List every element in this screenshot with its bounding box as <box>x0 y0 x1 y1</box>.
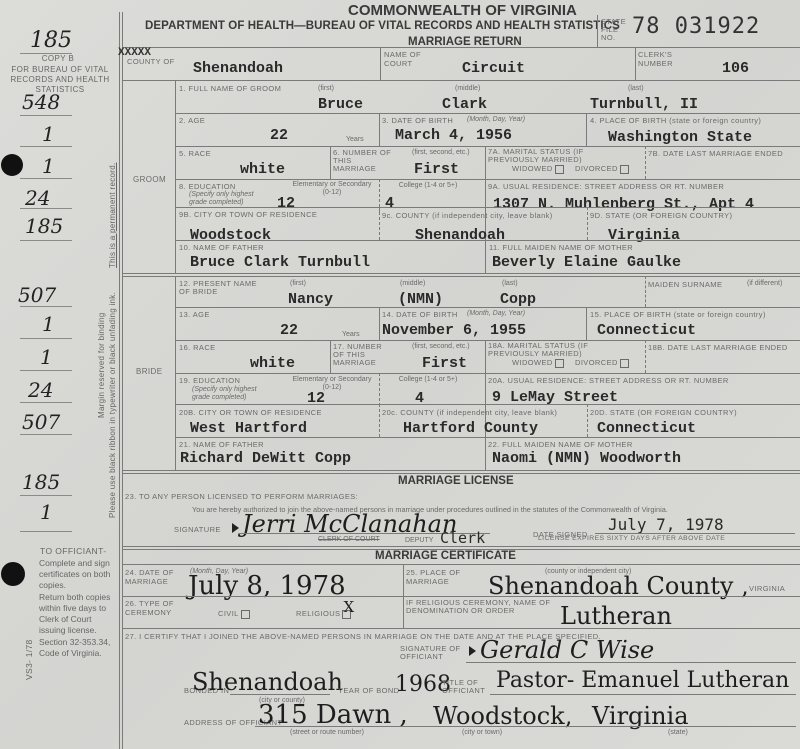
divider <box>597 15 598 47</box>
state-hint: (state) <box>668 729 688 736</box>
margin-code: 1 <box>42 312 55 336</box>
clerk-number-label: CLERK'S NUMBER <box>638 50 698 68</box>
bride-father-label: 21. NAME OF FATHER <box>179 440 264 449</box>
groom-first-name: Bruce <box>318 96 363 113</box>
groom-city: Woodstock <box>190 227 271 244</box>
state-file-label: STATE FILE NO. <box>601 18 629 42</box>
margin-rule <box>20 208 72 209</box>
divider <box>379 307 380 340</box>
divider <box>330 340 331 373</box>
divider <box>175 240 800 241</box>
divider <box>122 564 800 565</box>
bride-age: 22 <box>280 322 298 339</box>
officiant-signature-label: SIGNATURE OF OFFICIANT <box>400 645 470 661</box>
bride-county-label: 20c. COUNTY (if independent city, leave … <box>382 408 557 417</box>
copy-label: COPY B <box>2 54 114 64</box>
college-label: College (1-4 or 5+) <box>398 182 458 190</box>
groom-age-label: 2. AGE <box>179 116 205 125</box>
bride-race-label: 16. RACE <box>179 343 216 352</box>
bride-mother: Naomi (NMN) Woodworth <box>492 450 681 467</box>
field-line <box>230 694 330 695</box>
divorced-label: DIVORCED <box>575 358 618 367</box>
margin-rule <box>20 370 72 371</box>
arrow-icon <box>469 646 476 656</box>
bride-residence-label: 20a. USUAL RESIDENCE: STREET ADDRESS OR … <box>488 376 729 385</box>
divider <box>485 146 486 273</box>
divider <box>122 596 800 597</box>
dob-hint: (Month, Day, Year) <box>467 310 525 317</box>
margin-rule <box>20 434 72 435</box>
groom-mother: Beverly Elaine Gaulke <box>492 254 681 271</box>
marriage-place-label: 25. PLACE OF MARRIAGE <box>406 568 466 586</box>
check-mark-icon: X <box>343 603 354 612</box>
bride-pob: Connecticut <box>597 322 696 339</box>
groom-father-label: 10. NAME OF FATHER <box>179 243 264 252</box>
checkbox[interactable] <box>241 610 250 619</box>
denomination: Lutheran <box>560 602 672 630</box>
divider <box>587 207 588 240</box>
civil-label: CIVIL <box>218 609 239 618</box>
divider <box>645 276 646 307</box>
divider <box>122 546 800 547</box>
officiant-instructions-2: Return both copies within five days to C… <box>39 592 117 636</box>
divider <box>485 340 486 471</box>
checkbox[interactable]: X <box>342 610 351 619</box>
divider <box>122 47 800 48</box>
groom-residence-label: 9a. USUAL RESIDENCE: STREET ADDRESS OR R… <box>488 182 724 191</box>
place-state: VIRGINIA <box>749 584 785 593</box>
groom-race: white <box>240 161 285 178</box>
checkbox[interactable] <box>620 165 629 174</box>
divider <box>379 113 380 146</box>
margin-rule <box>20 402 72 403</box>
bride-widowed-checkbox[interactable]: WIDOWED <box>512 358 564 368</box>
divider <box>175 207 800 208</box>
education-hint: (Specify only highest grade completed) <box>192 386 272 402</box>
elementary-label: Elementary or Secondary (0-12) <box>288 181 376 197</box>
divider <box>122 473 800 474</box>
groom-county: Shenandoah <box>415 227 505 244</box>
denomination-label: IF RELIGIOUS CEREMONY, NAME OF DENOMINAT… <box>406 599 556 615</box>
groom-state-label: 9d. STATE (OR FOREIGN COUNTRY) <box>590 211 732 220</box>
margin-code: 507 <box>22 410 60 434</box>
divider <box>175 113 800 114</box>
clerk-typed: Clerk <box>440 529 485 547</box>
widowed-label: WIDOWED <box>512 358 553 367</box>
divider <box>645 146 646 179</box>
last-label: (last) <box>502 280 518 287</box>
license-expiry-note: LICENSE EXPIRES SIXTY DAYS AFTER ABOVE D… <box>538 535 725 542</box>
state-heading: COMMONWEALTH OF VIRGINIA <box>348 2 577 19</box>
divider <box>122 273 800 274</box>
court-value: Circuit <box>462 60 525 77</box>
deputy-label: DEPUTY <box>405 537 433 544</box>
divider <box>175 179 800 180</box>
education-hint: (Specify only highest grade completed) <box>189 191 269 207</box>
bride-pob-label: 15. PLACE OF BIRTH (state or foreign cou… <box>590 310 766 319</box>
divider <box>175 80 176 273</box>
religious-label: RELIGIOUS <box>296 609 340 618</box>
field-line <box>490 694 796 695</box>
officiant-instructions-1: Complete and sign certificates on both c… <box>39 558 117 591</box>
middle-label: (middle) <box>455 85 480 92</box>
binding-note-1: Margin reserved for binding <box>97 313 106 418</box>
margin-code: 507 <box>18 283 56 307</box>
widowed-label: WIDOWED <box>512 164 553 173</box>
bride-city: West Hartford <box>190 420 307 437</box>
groom-mother-label: 11. FULL MAIDEN NAME OF MOTHER <box>489 243 633 252</box>
bride-state: Connecticut <box>597 420 696 437</box>
years-label: Years <box>346 136 364 143</box>
elementary-label: Elementary or Secondary (0-12) <box>288 376 376 392</box>
groom-marital-label: 7a. MARITAL STATUS (if previously marrie… <box>488 148 633 164</box>
bride-dob-label: 14. DATE OF BIRTH <box>382 310 458 319</box>
signature-line <box>466 662 796 663</box>
religious-checkbox[interactable]: RELIGIOUSX <box>296 609 351 619</box>
groom-dob: March 4, 1956 <box>395 127 512 144</box>
divider <box>175 307 800 308</box>
groom-city-label: 9b. CITY OR TOWN OF RESIDENCE <box>179 210 317 219</box>
margin-code: 185 <box>22 470 60 494</box>
form-code: VS3- 1/78 <box>24 639 34 680</box>
ceremony-type-label: 26. TYPE OF CEREMONY <box>125 599 185 617</box>
divider <box>586 113 587 146</box>
margin-code: 24 <box>28 378 53 402</box>
divider <box>175 437 800 438</box>
checkbox[interactable] <box>620 359 629 368</box>
groom-middle-name: Clark <box>442 96 487 113</box>
groom-widowed-checkbox[interactable]: WIDOWED <box>512 164 564 174</box>
punch-hole <box>1 154 23 176</box>
years-label: Years <box>342 331 360 338</box>
groom-education-label: 8. EDUCATION <box>179 182 236 191</box>
license-item-label: 23. TO ANY PERSON LICENSED TO PERFORM MA… <box>125 492 358 501</box>
margin-code: 1 <box>42 122 55 146</box>
state-file-number: 78 031922 <box>632 14 760 39</box>
bride-marriage-num-label: 17. NUMBER OF THIS MARRIAGE <box>333 343 395 367</box>
margin-border <box>122 12 123 749</box>
groom-section-label: GROOM <box>133 175 166 184</box>
margin-border <box>119 12 120 749</box>
bride-age-label: 13. AGE <box>179 310 210 319</box>
county-value: Shenandoah <box>193 60 283 77</box>
groom-marriage-num: First <box>414 161 459 178</box>
officiant-title: Pastor- Emanuel Lutheran <box>496 668 789 693</box>
bride-mother-label: 22. FULL MAIDEN NAME OF MOTHER <box>488 440 633 449</box>
groom-marriage-num-label: 6. NUMBER OF THIS MARRIAGE <box>333 149 393 173</box>
city-hint: (city or town) <box>462 729 502 736</box>
bride-maiden-label: MAIDEN SURNAME <box>648 280 722 289</box>
code-reference: Section 32-353.34, Code of Virginia. <box>39 637 117 659</box>
groom-dob-label: 3. DATE OF BIRTH <box>382 116 453 125</box>
divider <box>122 80 800 81</box>
street-hint: (street or route number) <box>290 729 364 736</box>
officiant-title-label: TITLE OF OFFICIANT <box>442 679 492 695</box>
divorced-label: DIVORCED <box>575 164 618 173</box>
officiant-heading: TO OFFICIANT- <box>40 546 106 556</box>
bride-education-label: 19. EDUCATION <box>179 376 240 385</box>
margin-rule <box>20 146 72 147</box>
margin-rule <box>20 178 72 179</box>
bride-county: Hartford County <box>403 420 538 437</box>
divider <box>379 373 380 406</box>
margin-rule <box>20 240 72 241</box>
bride-divorced-checkbox[interactable]: DIVORCED <box>575 358 629 368</box>
margin-rule <box>20 531 72 532</box>
court-label: NAME OF COURT <box>384 50 424 68</box>
bride-section-label: BRIDE <box>136 367 162 376</box>
dob-hint: (Month, Day, Year) <box>467 116 525 123</box>
margin-code: 1 <box>40 345 53 369</box>
copy-number-handwritten: 185 <box>30 28 72 53</box>
first-label: (first) <box>290 280 306 287</box>
groom-divorced-checkbox[interactable]: DIVORCED <box>575 164 629 174</box>
divider <box>122 628 800 629</box>
certificate-heading: MARRIAGE CERTIFICATE <box>375 550 516 562</box>
bride-name-label: 12. PRESENT NAME OF BRIDE <box>179 280 269 296</box>
margin-code: 1 <box>42 154 55 178</box>
date-line <box>595 533 795 534</box>
divider <box>330 146 331 179</box>
marriage-num-hint: (first, second, etc.) <box>412 149 470 156</box>
middle-label: (middle) <box>400 280 425 287</box>
struck-clerk-title: CLERK OF COURT <box>318 536 380 543</box>
groom-pob-label: 4. PLACE OF BIRTH (state or foreign coun… <box>590 116 761 125</box>
groom-age: 22 <box>270 127 288 144</box>
bride-last-name: Copp <box>500 291 536 308</box>
bride-last-ended-label: 18b. DATE LAST MARRIAGE ENDED <box>648 343 788 352</box>
first-label: (first) <box>318 85 334 92</box>
divider <box>175 373 800 374</box>
bride-marriage-num: First <box>422 355 467 372</box>
bride-race: white <box>250 355 295 372</box>
margin-code: 185 <box>25 214 63 238</box>
bride-middle-name: (NMN) <box>398 291 443 308</box>
maiden-hint: (if different) <box>747 280 782 287</box>
groom-father: Bruce Clark Turnbull <box>190 254 370 271</box>
license-heading: MARRIAGE LICENSE <box>398 475 514 487</box>
date-signed: July 7, 1978 <box>608 515 724 534</box>
year-of-bond-label: YEAR OF BOND <box>338 686 399 695</box>
groom-race-label: 5. RACE <box>179 149 211 158</box>
checkbox[interactable] <box>555 165 564 174</box>
groom-pob: Washington State <box>608 129 752 146</box>
divider <box>587 404 588 437</box>
margin-rule <box>20 306 72 307</box>
last-label: (last) <box>628 85 644 92</box>
margin-rule <box>20 338 72 339</box>
marriage-return-document: 185 COPY B FOR BUREAU OF VITAL RECORDS A… <box>0 0 800 749</box>
groom-last-ended-label: 7b. DATE LAST MARRIAGE ENDED <box>648 149 783 158</box>
field-line <box>255 726 796 727</box>
margin-rule <box>20 115 72 116</box>
divider <box>635 47 636 80</box>
divider <box>379 207 380 240</box>
checkbox[interactable] <box>555 359 564 368</box>
signature-label: SIGNATURE <box>174 525 221 534</box>
clerk-number-value: 106 <box>722 60 749 77</box>
binding-note-2: Please use black ribbon in typewriter or… <box>108 292 117 518</box>
groom-college: 4 <box>385 195 394 212</box>
divider <box>380 47 381 80</box>
groom-name-label: 1. FULL NAME OF GROOM <box>179 84 281 93</box>
bride-first-name: Nancy <box>288 291 333 308</box>
bride-father: Richard DeWitt Copp <box>180 450 351 467</box>
margin-code: 24 <box>25 186 50 210</box>
bonded-in: Shenandoah <box>192 668 343 696</box>
groom-county-label: 9c. COUNTY (if independent city, leave b… <box>382 211 553 220</box>
divider <box>645 340 646 373</box>
college-label: College (1-4 or 5+) <box>398 376 458 384</box>
civil-checkbox[interactable]: CIVIL <box>218 609 250 619</box>
divider <box>122 276 800 277</box>
margin-code: 548 <box>22 90 60 114</box>
bride-city-label: 20b. CITY OR TOWN OF RESIDENCE <box>179 408 322 417</box>
punch-hole <box>1 562 25 586</box>
officiant-signature: Gerald C Wise <box>480 636 654 664</box>
binding-note-3: This is a permanent record. <box>108 163 117 268</box>
divider <box>379 404 380 437</box>
marriage-num-hint: (first, second, etc.) <box>412 343 470 350</box>
groom-state: Virginia <box>608 227 680 244</box>
divider <box>175 404 800 405</box>
county-label: COUNTY OF <box>127 57 175 66</box>
groom-last-name: Turnbull, II <box>590 96 698 113</box>
bride-state-label: 20d. STATE (OR FOREIGN COUNTRY) <box>590 408 737 417</box>
divider <box>586 307 587 340</box>
arrow-icon <box>232 523 239 533</box>
margin-code: 1 <box>40 500 53 524</box>
bride-marital-label: 18a. MARITAL STATUS (if previously marri… <box>488 342 636 358</box>
marriage-date-label: 24. DATE OF MARRIAGE <box>125 568 185 586</box>
bride-dob: November 6, 1955 <box>382 322 526 339</box>
department-heading: DEPARTMENT OF HEALTH—BUREAU OF VITAL REC… <box>145 20 620 32</box>
margin-rule <box>20 495 72 496</box>
divider <box>122 470 800 471</box>
